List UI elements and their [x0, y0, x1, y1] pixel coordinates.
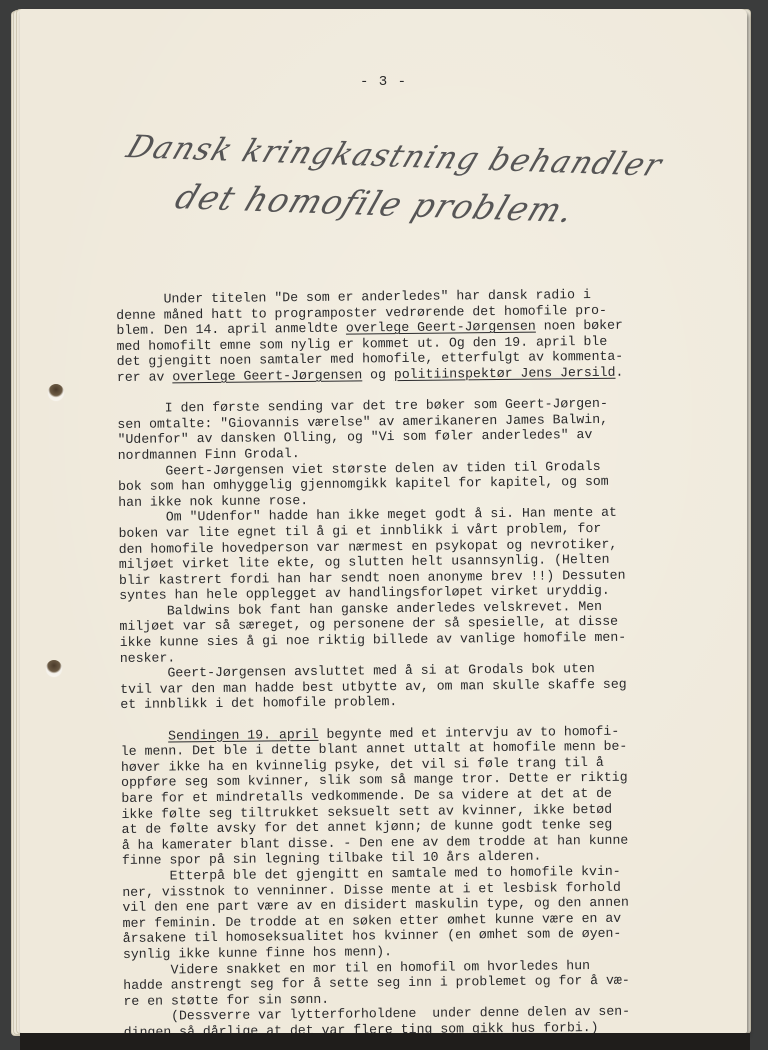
document-page: - 3 - Dansk kringkastning behandler det …	[20, 9, 747, 1033]
text-fragment: og	[362, 367, 394, 382]
text-fragment: blem. Den 14. april anmeldte	[116, 321, 346, 338]
paragraph-reception-note: (Dessverre var lytterforholdene under de…	[124, 1003, 724, 1033]
text-fragment: rer av	[117, 369, 173, 385]
indent	[121, 728, 169, 743]
underlined-name: overlege Geert-Jørgensen	[172, 367, 362, 384]
punch-hole-icon	[48, 384, 64, 400]
underlined-name: overlege Geert-Jørgensen	[346, 319, 536, 336]
paragraph-women: Etterpå ble det gjengitt en samtale med …	[122, 863, 723, 963]
underlined-name: politiinspektør Jens Jersild	[394, 365, 616, 382]
paragraph-mother: Videre snakket en mor til en homofil om …	[123, 956, 723, 1009]
paragraph-intro: Under titelen "De som er anderledes" har…	[116, 286, 717, 386]
paragraph-second-broadcast: Sendingen 19. april begynte med et inter…	[121, 722, 722, 869]
punch-hole-icon	[46, 660, 62, 676]
underlined-heading: Sendingen 19. april	[168, 727, 319, 744]
handwritten-title: Dansk kringkastning behandler det homofi…	[96, 129, 684, 216]
scan-shadow-strip	[20, 1033, 750, 1050]
paragraph-books: I den første sending var det tre bøker s…	[117, 395, 718, 464]
title-line-1: Dansk kringkastning behandler	[122, 129, 678, 184]
text-fragment: noen bøker	[536, 318, 623, 334]
text-fragment: .	[615, 365, 623, 380]
paragraph-baldwin: Baldwins bok fant han ganske anderledes …	[119, 598, 720, 667]
paragraph-udenfor: Om "Udenfor" hadde han ikke meget godt å…	[118, 504, 719, 604]
typewritten-body: Under titelen "De som er anderledes" har…	[116, 286, 724, 1033]
page-number: - 3 -	[20, 74, 747, 90]
paragraph-conclusion: Geert-Jørgensen avsluttet med å si at Gr…	[120, 660, 720, 713]
paragraph-grodal: Geert-Jørgensen viet største delen av ti…	[118, 457, 718, 510]
